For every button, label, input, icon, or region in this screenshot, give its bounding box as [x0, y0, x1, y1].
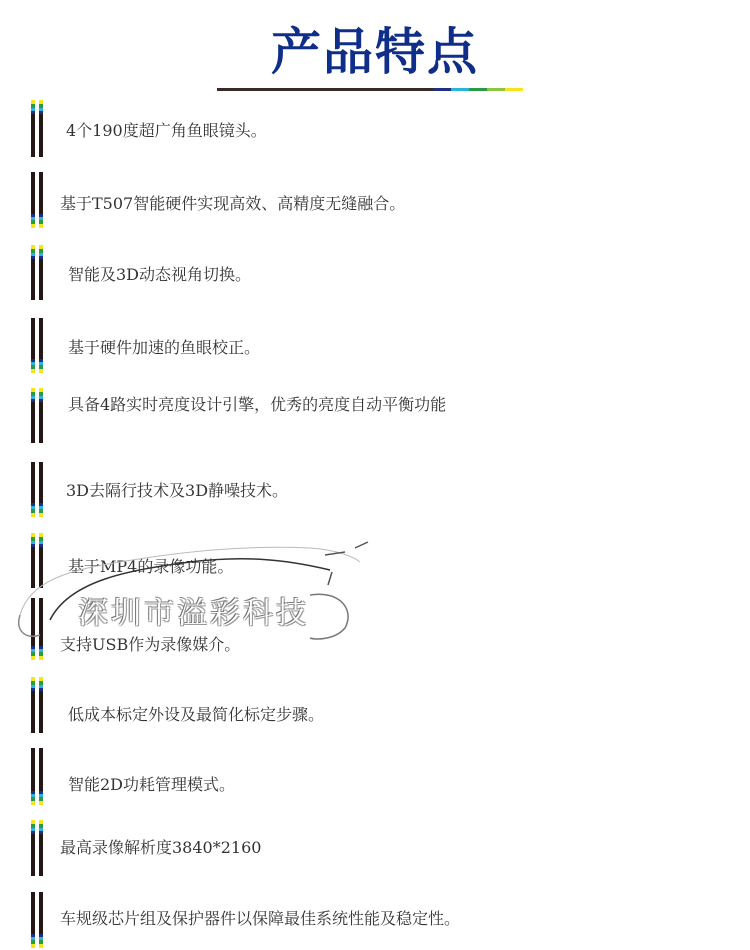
marker-stripe [31, 677, 35, 733]
marker-stripe [31, 892, 35, 948]
underline-segment [451, 88, 469, 91]
underline-segment [434, 88, 451, 91]
bullet-marker-icon [31, 533, 45, 588]
marker-stripe [31, 245, 35, 300]
underline-segment [487, 88, 505, 91]
marker-stripe [39, 172, 43, 228]
feature-item: 支持USB作为录像媒介。 [60, 635, 240, 655]
marker-stripe [31, 100, 35, 157]
feature-item: 基于硬件加速的鱼眼校正。 [68, 338, 260, 358]
underline-segment [505, 88, 523, 91]
marker-stripe [39, 462, 43, 517]
marker-stripe [39, 677, 43, 733]
marker-stripe [39, 598, 43, 660]
feature-item: 4个190度超广角鱼眼镜头。 [66, 121, 267, 141]
feature-item: 基于MP4的录像功能。 [68, 557, 233, 577]
marker-stripe [39, 748, 43, 805]
marker-stripe [39, 245, 43, 300]
title-underline [217, 88, 523, 91]
marker-stripe [39, 533, 43, 588]
watermark-text: 深圳市溢彩科技 [78, 588, 309, 632]
marker-stripe [31, 598, 35, 660]
bullet-marker-icon [31, 100, 45, 157]
marker-stripe [31, 533, 35, 588]
marker-stripe [31, 318, 35, 373]
feature-item: 智能及3D动态视角切换。 [68, 265, 251, 285]
bullet-marker-icon [31, 245, 45, 300]
feature-item: 最高录像解析度3840*2160 [60, 838, 261, 858]
marker-stripe [39, 892, 43, 948]
feature-item: 3D去隔行技术及3D静噪技术。 [66, 481, 288, 501]
marker-stripe [39, 100, 43, 157]
underline-segment [469, 88, 487, 91]
feature-item: 基于T507智能硬件实现高效、高精度无缝融合。 [60, 194, 405, 214]
feature-item: 车规级芯片组及保护器件以保障最佳系统性能及稳定性。 [60, 909, 460, 929]
marker-stripe [31, 172, 35, 228]
bullet-marker-icon [31, 820, 45, 876]
bullet-marker-icon [31, 892, 45, 948]
bullet-marker-icon [31, 677, 45, 733]
marker-stripe [31, 462, 35, 517]
marker-stripe [31, 820, 35, 876]
bullet-marker-icon [31, 462, 45, 517]
marker-stripe [39, 820, 43, 876]
bullet-marker-icon [31, 748, 45, 805]
marker-stripe [39, 318, 43, 373]
bullet-marker-icon [31, 318, 45, 373]
feature-item: 具备4路实时亮度设计引擎，优秀的亮度自动平衡功能 [68, 395, 446, 415]
marker-stripe [39, 388, 43, 443]
bullet-marker-icon [31, 388, 45, 443]
feature-item: 智能2D功耗管理模式。 [68, 775, 235, 795]
feature-item: 低成本标定外设及最简化标定步骤。 [68, 705, 324, 725]
marker-stripe [31, 388, 35, 443]
underline-segment [217, 88, 434, 91]
page-title: 产品特点 [0, 22, 750, 82]
bullet-marker-icon [31, 598, 45, 660]
marker-stripe [31, 748, 35, 805]
bullet-marker-icon [31, 172, 45, 228]
